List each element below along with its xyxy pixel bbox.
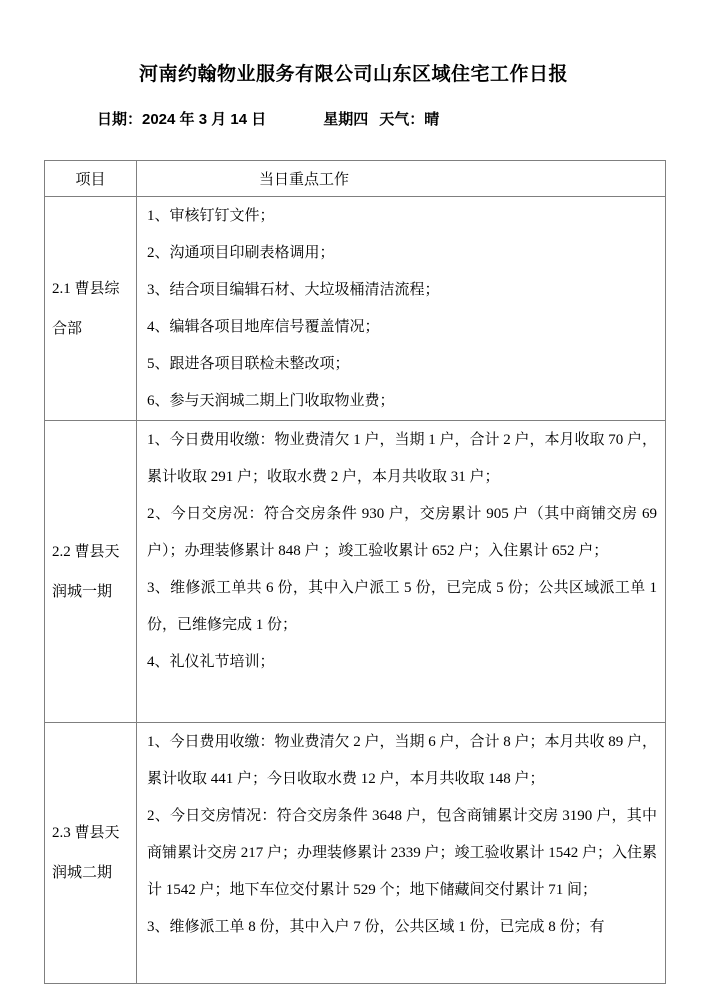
work-item: 5、跟进各项目联检未整改项；: [147, 346, 657, 383]
work-item: 3、维修派工单 8 份，其中入户 7 份，公共区域 1 份，已完成 8 份；有: [147, 909, 657, 946]
work-item: 2、今日交房况：符合交房条件 930 户，交房累计 905 户（其中商铺交房 6…: [147, 496, 657, 570]
work-item: 3、结合项目编辑石材、大垃圾桶清洁流程；: [147, 272, 657, 309]
work-items-cell: 1、审核钉钉文件； 2、沟通项目印刷表格调用； 3、结合项目编辑石材、大垃圾桶清…: [137, 197, 666, 421]
table-row: 2.3 曹县天润城二期 1、今日费用收缴：物业费清欠 2 户，当期 6 户，合计…: [45, 723, 666, 984]
project-cell: 2.2 曹县天润城一期: [45, 421, 137, 723]
table-row: 2.2 曹县天润城一期 1、今日费用收缴：物业费清欠 1 户，当期 1 户，合计…: [45, 421, 666, 723]
col-header-project: 项目: [45, 161, 137, 197]
work-items-cell: 1、今日费用收缴：物业费清欠 1 户，当期 1 户，合计 2 户，本月收取 70…: [137, 421, 666, 723]
weekday-value: 星期四: [323, 111, 368, 128]
work-item: 3、维修派工单共 6 份，其中入户派工 5 份，已完成 5 份；公共区域派工单 …: [147, 570, 657, 644]
work-item: 1、今日费用收缴：物业费清欠 2 户，当期 6 户，合计 8 户；本月共收 89…: [147, 724, 657, 798]
date-line: 日期：2024 年 3 月 14 日星期四天气：晴: [97, 110, 707, 130]
date-value: 日期：2024 年 3 月 14 日: [97, 111, 266, 128]
work-item: 2、今日交房情况：符合交房条件 3648 户，包含商铺累计交房 3190 户，其…: [147, 798, 657, 909]
col-header-work: 当日重点工作: [137, 161, 666, 197]
table-header-row: 项目 当日重点工作: [45, 161, 666, 197]
project-cell: 2.3 曹县天润城二期: [45, 723, 137, 984]
table-row: 2.1 曹县综合部 1、审核钉钉文件； 2、沟通项目印刷表格调用； 3、结合项目…: [45, 197, 666, 421]
weather-value: 天气：晴: [379, 111, 439, 128]
daily-report-table: 项目 当日重点工作 2.1 曹县综合部 1、审核钉钉文件； 2、沟通项目印刷表格…: [44, 160, 666, 984]
work-items-cell: 1、今日费用收缴：物业费清欠 2 户，当期 6 户，合计 8 户；本月共收 89…: [137, 723, 666, 984]
work-item: 6、参与天润城二期上门收取物业费；: [147, 383, 657, 420]
work-item: 1、今日费用收缴：物业费清欠 1 户，当期 1 户，合计 2 户，本月收取 70…: [147, 422, 657, 496]
work-item: 1、审核钉钉文件；: [147, 198, 657, 235]
project-cell: 2.1 曹县综合部: [45, 197, 137, 421]
work-item: 4、礼仪礼节培训；: [147, 644, 657, 681]
page-title: 河南约翰物业服务有限公司山东区域住宅工作日报: [0, 0, 707, 88]
work-item: 2、沟通项目印刷表格调用；: [147, 235, 657, 272]
document-page: 河南约翰物业服务有限公司山东区域住宅工作日报 日期：2024 年 3 月 14 …: [0, 0, 707, 999]
work-item: 4、编辑各项目地库信号覆盖情况；: [147, 309, 657, 346]
